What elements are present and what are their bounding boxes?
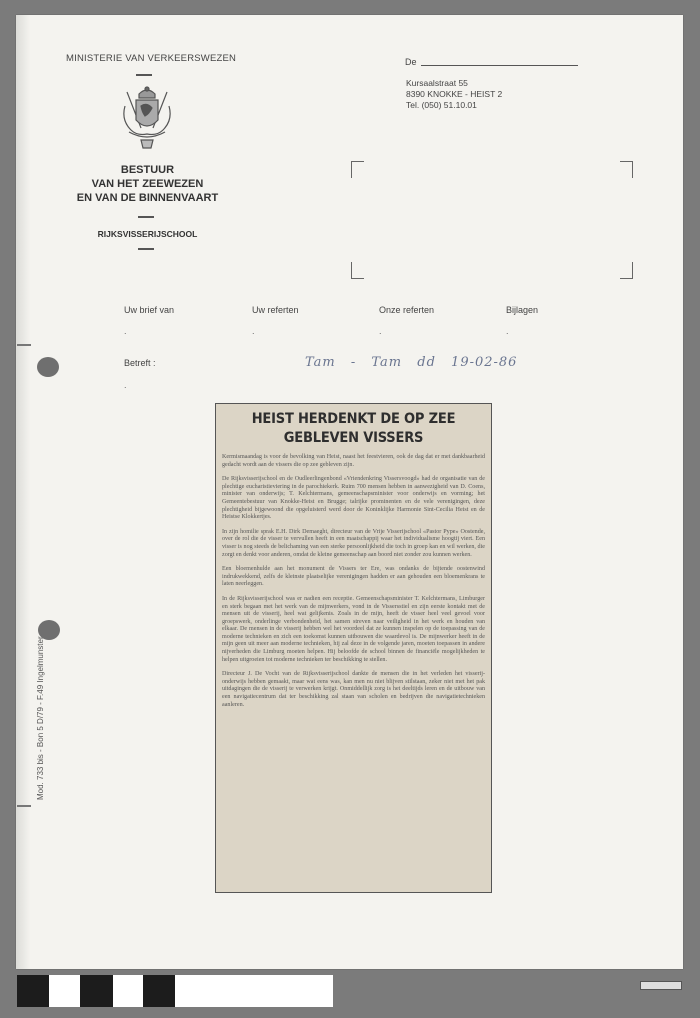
field-dot: . [252, 326, 255, 336]
field-dot: . [124, 326, 127, 336]
calibration-bar [17, 975, 333, 1007]
punch-hole [38, 620, 60, 640]
date-label: De [405, 57, 417, 67]
punch-hole [37, 357, 59, 377]
newspaper-clipping: HEIST HERDENKT DE OP ZEE GEBLEVEN VISSER… [215, 403, 492, 893]
subject-label: Betreft : [124, 358, 156, 368]
divider [136, 74, 152, 76]
street: Kursaalstraat 55 [406, 78, 502, 89]
city: 8390 KNOKKE - HEIST 2 [406, 89, 502, 100]
calibration-swatch [17, 975, 49, 1007]
window-corner-mark [620, 161, 633, 178]
attachments-label: Bijlagen [506, 305, 538, 315]
field-dot: . [379, 326, 382, 336]
paper-edge-shadow [16, 15, 30, 969]
fold-mark [17, 805, 31, 807]
clipping-paragraph: In de Rijksvisserijschool was er nadien … [222, 596, 485, 664]
your-reference-label: Uw referten [252, 305, 299, 315]
window-corner-mark [351, 262, 364, 279]
calibration-swatch [175, 975, 333, 1007]
address-block: Kursaalstraat 55 8390 KNOKKE - HEIST 2 T… [406, 78, 502, 111]
fold-mark [17, 344, 31, 346]
clipping-paragraph: In zijn homilie sprak E.H. Dirk Demaeght… [222, 529, 485, 559]
window-corner-mark [620, 262, 633, 279]
school-name: RIJKSVISSERIJSCHOOL [60, 229, 235, 239]
our-reference-label: Onze referten [379, 305, 434, 315]
field-dot: . [506, 326, 509, 336]
administration-line: EN VAN DE BINNENVAART [60, 191, 235, 205]
clipping-paragraph: De Rijksvisserijschool en de Oudleerling… [222, 476, 485, 522]
calibration-swatch [80, 975, 113, 1007]
calibration-swatch [143, 975, 175, 1007]
clipping-body: Kermismaandag is voor de bevolking van H… [222, 454, 485, 709]
phone: Tel. (050) 51.10.01 [406, 100, 502, 111]
administration-line: VAN HET ZEEWEZEN [60, 177, 235, 191]
calibration-swatch [49, 975, 80, 1007]
clipping-paragraph: Directeur J. De Vocht van de Rijksvisser… [222, 671, 485, 709]
administration-title: BESTUUR VAN HET ZEEWEZEN EN VAN DE BINNE… [60, 163, 235, 205]
divider [138, 248, 154, 250]
form-number-print: Mod. 733 bis - Bon 5 D/79 - F.49 Ingelmu… [36, 636, 45, 800]
ministry-name: MINISTERIE VAN VERKEERSWEZEN [66, 53, 236, 64]
window-corner-mark [351, 161, 364, 178]
your-letter-label: Uw brief van [124, 305, 174, 315]
clipping-paragraph: Een bloemenhulde aan het monument de Vis… [222, 566, 485, 589]
clipping-headline: HEIST HERDENKT DE OP ZEE GEBLEVEN VISSER… [222, 410, 485, 448]
calibration-swatch [113, 975, 143, 1007]
field-dot: . [124, 380, 127, 390]
archive-reference-label [640, 981, 682, 990]
administration-line: BESTUUR [60, 163, 235, 177]
handwritten-subject: Tam - Tam dd 19-02-86 [305, 355, 517, 370]
divider [138, 216, 154, 218]
coat-of-arms-icon [119, 84, 175, 152]
date-line [421, 65, 578, 66]
clipping-paragraph: Kermismaandag is voor de bevolking van H… [222, 454, 485, 469]
